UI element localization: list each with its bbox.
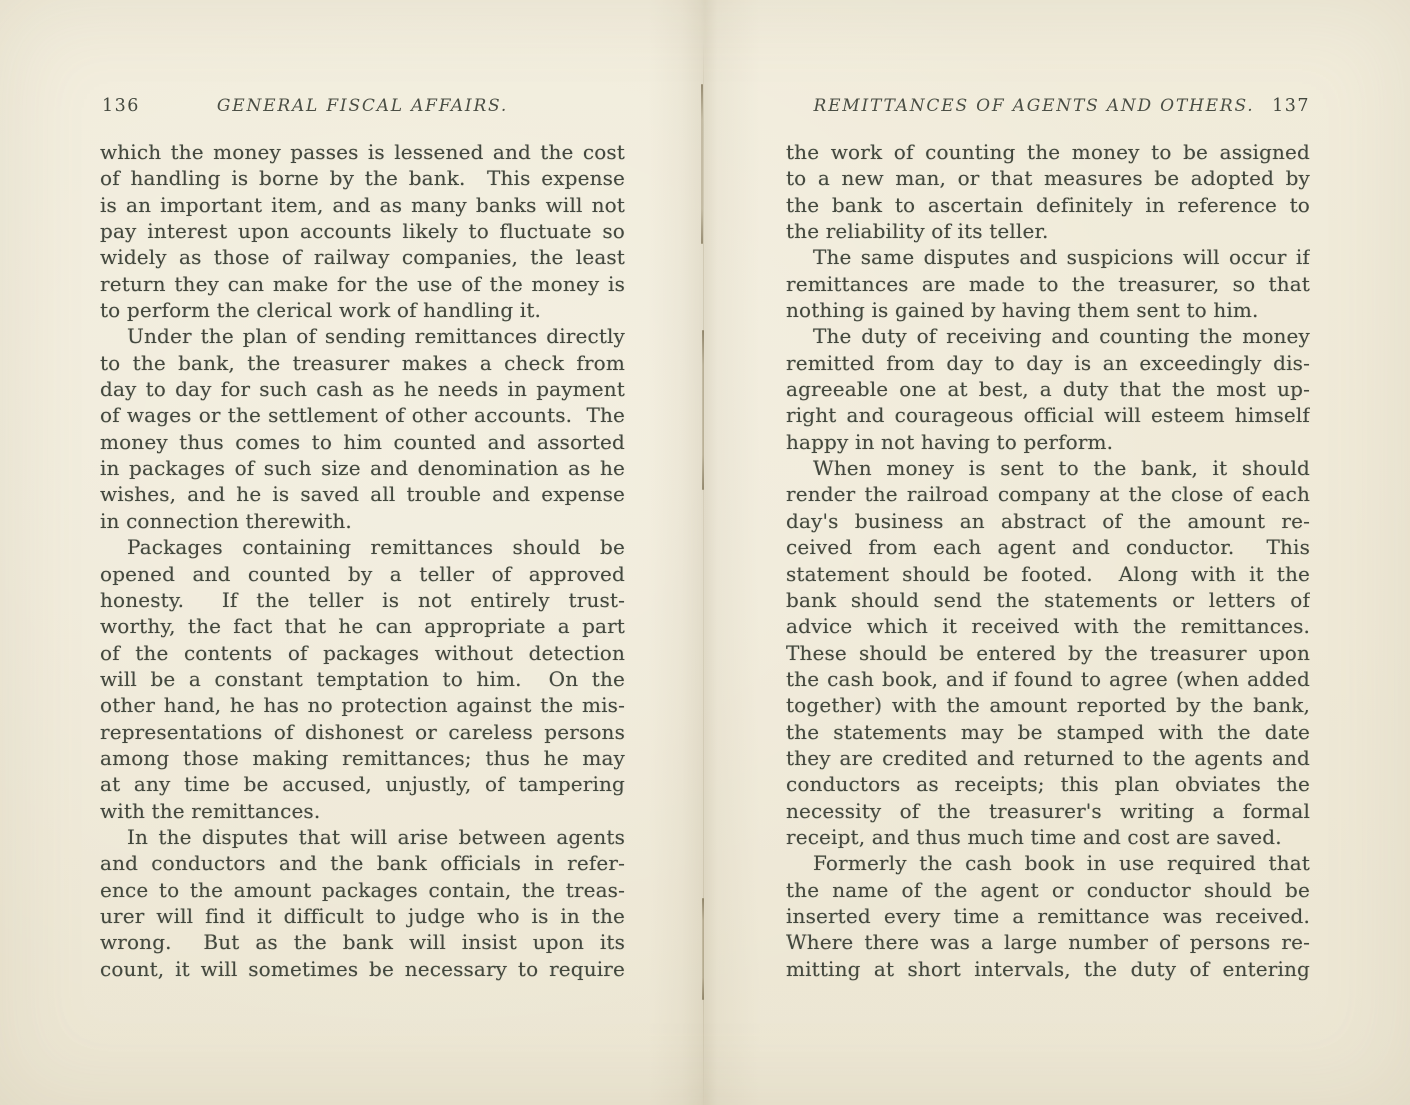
- text-line: wrong. But as the bank will insist upon …: [100, 930, 625, 956]
- binding-stitch-mark: [702, 330, 704, 490]
- text-line: representations of dishonest or careless…: [100, 720, 625, 746]
- left-page-header: 136 GENERAL FISCAL AFFAIRS.: [100, 96, 625, 120]
- text-line: Where there was a large number of person…: [786, 930, 1310, 956]
- text-line: in connection therewith.: [100, 509, 625, 535]
- text-line: statement should be footed. Along with i…: [786, 562, 1310, 588]
- text-line: the work of counting the money to be ass…: [786, 140, 1310, 166]
- text-line: the bank to ascertain definitely in refe…: [786, 193, 1310, 219]
- book-gutter-shading: [648, 0, 760, 1105]
- paragraph: Packages containing remittances should b…: [100, 535, 625, 825]
- text-line: and conductors and the bank officials in…: [100, 851, 625, 877]
- text-line: count, it will sometimes be necessary to…: [100, 957, 625, 983]
- paragraph: In the disputes that will arise between …: [100, 825, 625, 983]
- text-line: ceived from each agent and conductor. Th…: [786, 535, 1310, 561]
- text-line: pay interest upon accounts likely to flu…: [100, 219, 625, 245]
- text-line: together) with the amount reported by th…: [786, 693, 1310, 719]
- text-line: which the money passes is lessened and t…: [100, 140, 625, 166]
- text-line: The duty of receiving and counting the m…: [786, 324, 1310, 350]
- text-line: ence to the amount packages contain, the…: [100, 878, 625, 904]
- left-page: 136 GENERAL FISCAL AFFAIRS. which the mo…: [100, 0, 625, 1105]
- right-page-header: REMITTANCES OF AGENTS AND OTHERS. 137: [786, 96, 1310, 120]
- text-line: other hand, he has no protection against…: [100, 693, 625, 719]
- text-line: The same disputes and suspicions will oc…: [786, 245, 1310, 271]
- left-running-head: GENERAL FISCAL AFFAIRS.: [100, 96, 625, 116]
- text-line: to the bank, the treasurer makes a check…: [100, 351, 625, 377]
- text-line: with the remittances.: [100, 799, 625, 825]
- text-line: These should be entered by the treasurer…: [786, 641, 1310, 667]
- text-line: the statements may be stamped with the d…: [786, 720, 1310, 746]
- right-page-number: 137: [1272, 96, 1310, 116]
- text-line: of handling is borne by the bank. This e…: [100, 166, 625, 192]
- text-line: of wages or the settlement of other acco…: [100, 403, 625, 429]
- text-line: return they can make for the use of the …: [100, 272, 625, 298]
- text-line: urer will find it difficult to judge who…: [100, 904, 625, 930]
- paragraph: The same disputes and suspicions will oc…: [786, 245, 1310, 324]
- text-line: conductors as receipts; this plan obviat…: [786, 772, 1310, 798]
- text-line: honesty. If the teller is not entirely t…: [100, 588, 625, 614]
- paragraph: Under the plan of sending remittances di…: [100, 324, 625, 535]
- binding-stitch-mark: [701, 84, 703, 244]
- text-line: will be a constant temptation to him. On…: [100, 667, 625, 693]
- text-line: of the contents of packages without dete…: [100, 641, 625, 667]
- text-line: Under the plan of sending remittances di…: [100, 324, 625, 350]
- text-line: in packages of such size and denominatio…: [100, 456, 625, 482]
- text-line: widely as those of railway companies, th…: [100, 245, 625, 271]
- text-line: they are credited and returned to the ag…: [786, 746, 1310, 772]
- right-running-head: REMITTANCES OF AGENTS AND OTHERS.: [786, 96, 1310, 116]
- text-line: receipt, and thus much time and cost are…: [786, 825, 1310, 851]
- right-page: REMITTANCES OF AGENTS AND OTHERS. 137 th…: [786, 0, 1310, 1105]
- text-line: opened and counted by a teller of approv…: [100, 562, 625, 588]
- right-text-column: the work of counting the money to be ass…: [786, 140, 1310, 983]
- text-line: at any time be accused, unjustly, of tam…: [100, 772, 625, 798]
- text-line: remittances are made to the treasurer, s…: [786, 272, 1310, 298]
- text-line: the reliability of its teller.: [786, 219, 1310, 245]
- text-line: to a new man, or that measures be adopte…: [786, 166, 1310, 192]
- paragraph: the work of counting the money to be ass…: [786, 140, 1310, 245]
- text-line: right and courageous official will estee…: [786, 403, 1310, 429]
- text-line: Formerly the cash book in use required t…: [786, 851, 1310, 877]
- text-line: wishes, and he is saved all trouble and …: [100, 482, 625, 508]
- text-line: worthy, the fact that he can appropriate…: [100, 614, 625, 640]
- text-line: inserted every time a remittance was rec…: [786, 904, 1310, 930]
- paragraph: When money is sent to the bank, it shoul…: [786, 456, 1310, 851]
- text-line: render the railroad company at the close…: [786, 482, 1310, 508]
- text-line: is an important item, and as many banks …: [100, 193, 625, 219]
- paragraph: which the money passes is lessened and t…: [100, 140, 625, 324]
- text-line: among those making remittances; thus he …: [100, 746, 625, 772]
- text-line: When money is sent to the bank, it shoul…: [786, 456, 1310, 482]
- text-line: bank should send the statements or lette…: [786, 588, 1310, 614]
- text-line: happy in not having to perform.: [786, 430, 1310, 456]
- text-line: necessity of the treasurer's writing a f…: [786, 799, 1310, 825]
- text-line: remitted from day to day is an exceeding…: [786, 351, 1310, 377]
- text-line: In the disputes that will arise between …: [100, 825, 625, 851]
- book-spread: 136 GENERAL FISCAL AFFAIRS. which the mo…: [0, 0, 1410, 1105]
- text-line: the name of the agent or conductor shoul…: [786, 878, 1310, 904]
- text-line: advice which it received with the remitt…: [786, 614, 1310, 640]
- text-line: nothing is gained by having them sent to…: [786, 298, 1310, 324]
- paragraph: Formerly the cash book in use required t…: [786, 851, 1310, 983]
- text-line: to perform the clerical work of handling…: [100, 298, 625, 324]
- text-line: Packages containing remittances should b…: [100, 535, 625, 561]
- text-line: agreeable one at best, a duty that the m…: [786, 377, 1310, 403]
- text-line: the cash book, and if found to agree (wh…: [786, 667, 1310, 693]
- left-text-column: which the money passes is lessened and t…: [100, 140, 625, 983]
- text-line: mitting at short intervals, the duty of …: [786, 957, 1310, 983]
- binding-stitch-mark: [702, 898, 704, 1000]
- text-line: day's business an abstract of the amount…: [786, 509, 1310, 535]
- paragraph: The duty of receiving and counting the m…: [786, 324, 1310, 456]
- text-line: money thus comes to him counted and asso…: [100, 430, 625, 456]
- text-line: day to day for such cash as he needs in …: [100, 377, 625, 403]
